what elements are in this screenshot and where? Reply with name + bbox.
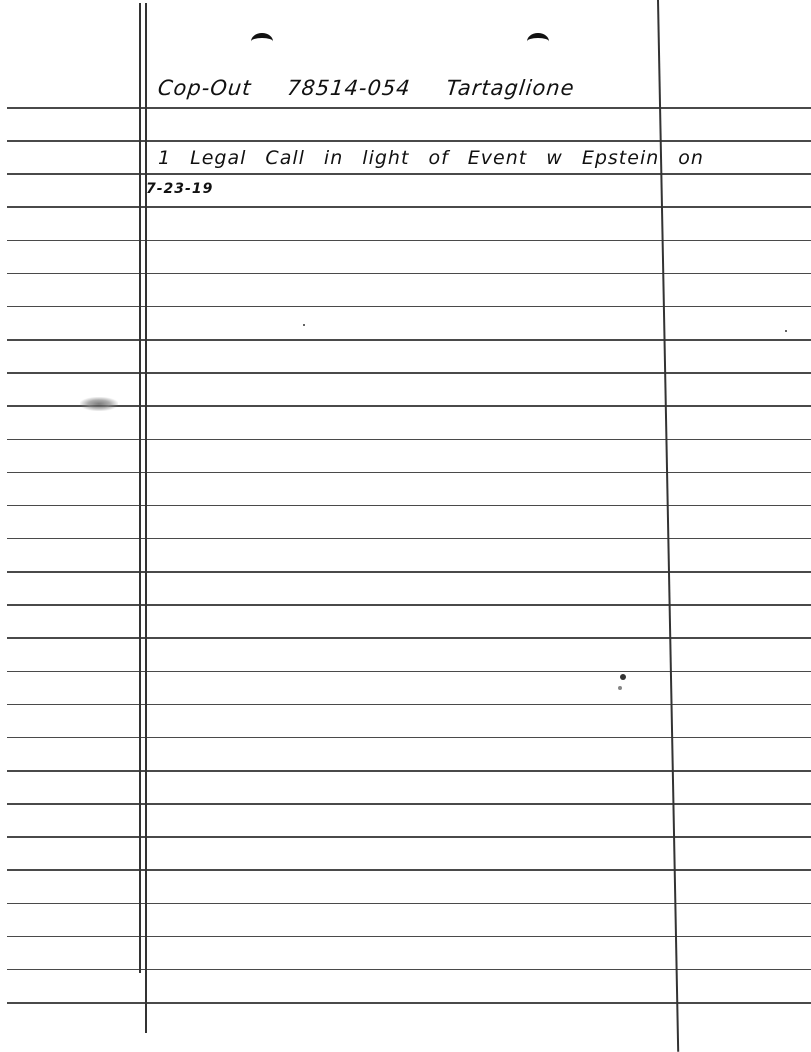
inmate-name: Tartaglione	[445, 76, 576, 100]
ruled-line	[7, 107, 811, 109]
ruled-line	[7, 538, 811, 540]
ruled-line	[7, 173, 811, 175]
ruled-line	[7, 770, 811, 772]
ruled-line	[7, 936, 811, 938]
ruled-line	[7, 472, 811, 474]
ruled-line	[7, 240, 811, 242]
ruled-line	[7, 339, 811, 341]
ruled-line	[7, 206, 811, 208]
ruled-line	[7, 1002, 811, 1004]
ruled-line	[7, 969, 811, 971]
scan-smudge	[80, 397, 118, 411]
scan-speck	[618, 686, 622, 690]
entry-date: 7-23-19	[146, 181, 213, 197]
ruled-line	[7, 903, 811, 905]
cop-out-label: Cop-Out	[157, 76, 253, 100]
entry-line-1: 1 Legal Call in light of Event w Epstein…	[158, 147, 704, 169]
ruled-line	[7, 671, 811, 673]
ruled-line	[7, 405, 811, 407]
ruled-line	[7, 505, 811, 507]
ruled-line	[7, 803, 811, 805]
ruled-line	[7, 637, 811, 639]
punch-hole-mark-right	[527, 33, 549, 50]
ruled-line	[7, 604, 811, 606]
left-margin-line	[139, 3, 141, 973]
register-number: 78514-054	[286, 76, 412, 100]
ruled-line	[7, 273, 811, 275]
left-margin-line-inner	[145, 3, 147, 1033]
ruled-line	[7, 372, 811, 374]
ruled-line	[7, 704, 811, 706]
ruled-line	[7, 306, 811, 308]
ruled-line	[7, 869, 811, 871]
ruled-line	[7, 836, 811, 838]
punch-hole-mark-left	[251, 33, 273, 50]
ruled-line	[7, 439, 811, 441]
ruled-line	[7, 571, 811, 573]
scan-speck	[620, 674, 626, 680]
scan-speck	[785, 330, 787, 332]
ruled-line	[7, 737, 811, 739]
ruled-line	[7, 140, 811, 142]
scan-speck	[303, 324, 305, 326]
header-line: Cop-Out 78514-054 Tartaglione	[157, 76, 604, 100]
notepad-page: Cop-Out 78514-054 Tartaglione 1 Legal Ca…	[0, 0, 811, 1052]
